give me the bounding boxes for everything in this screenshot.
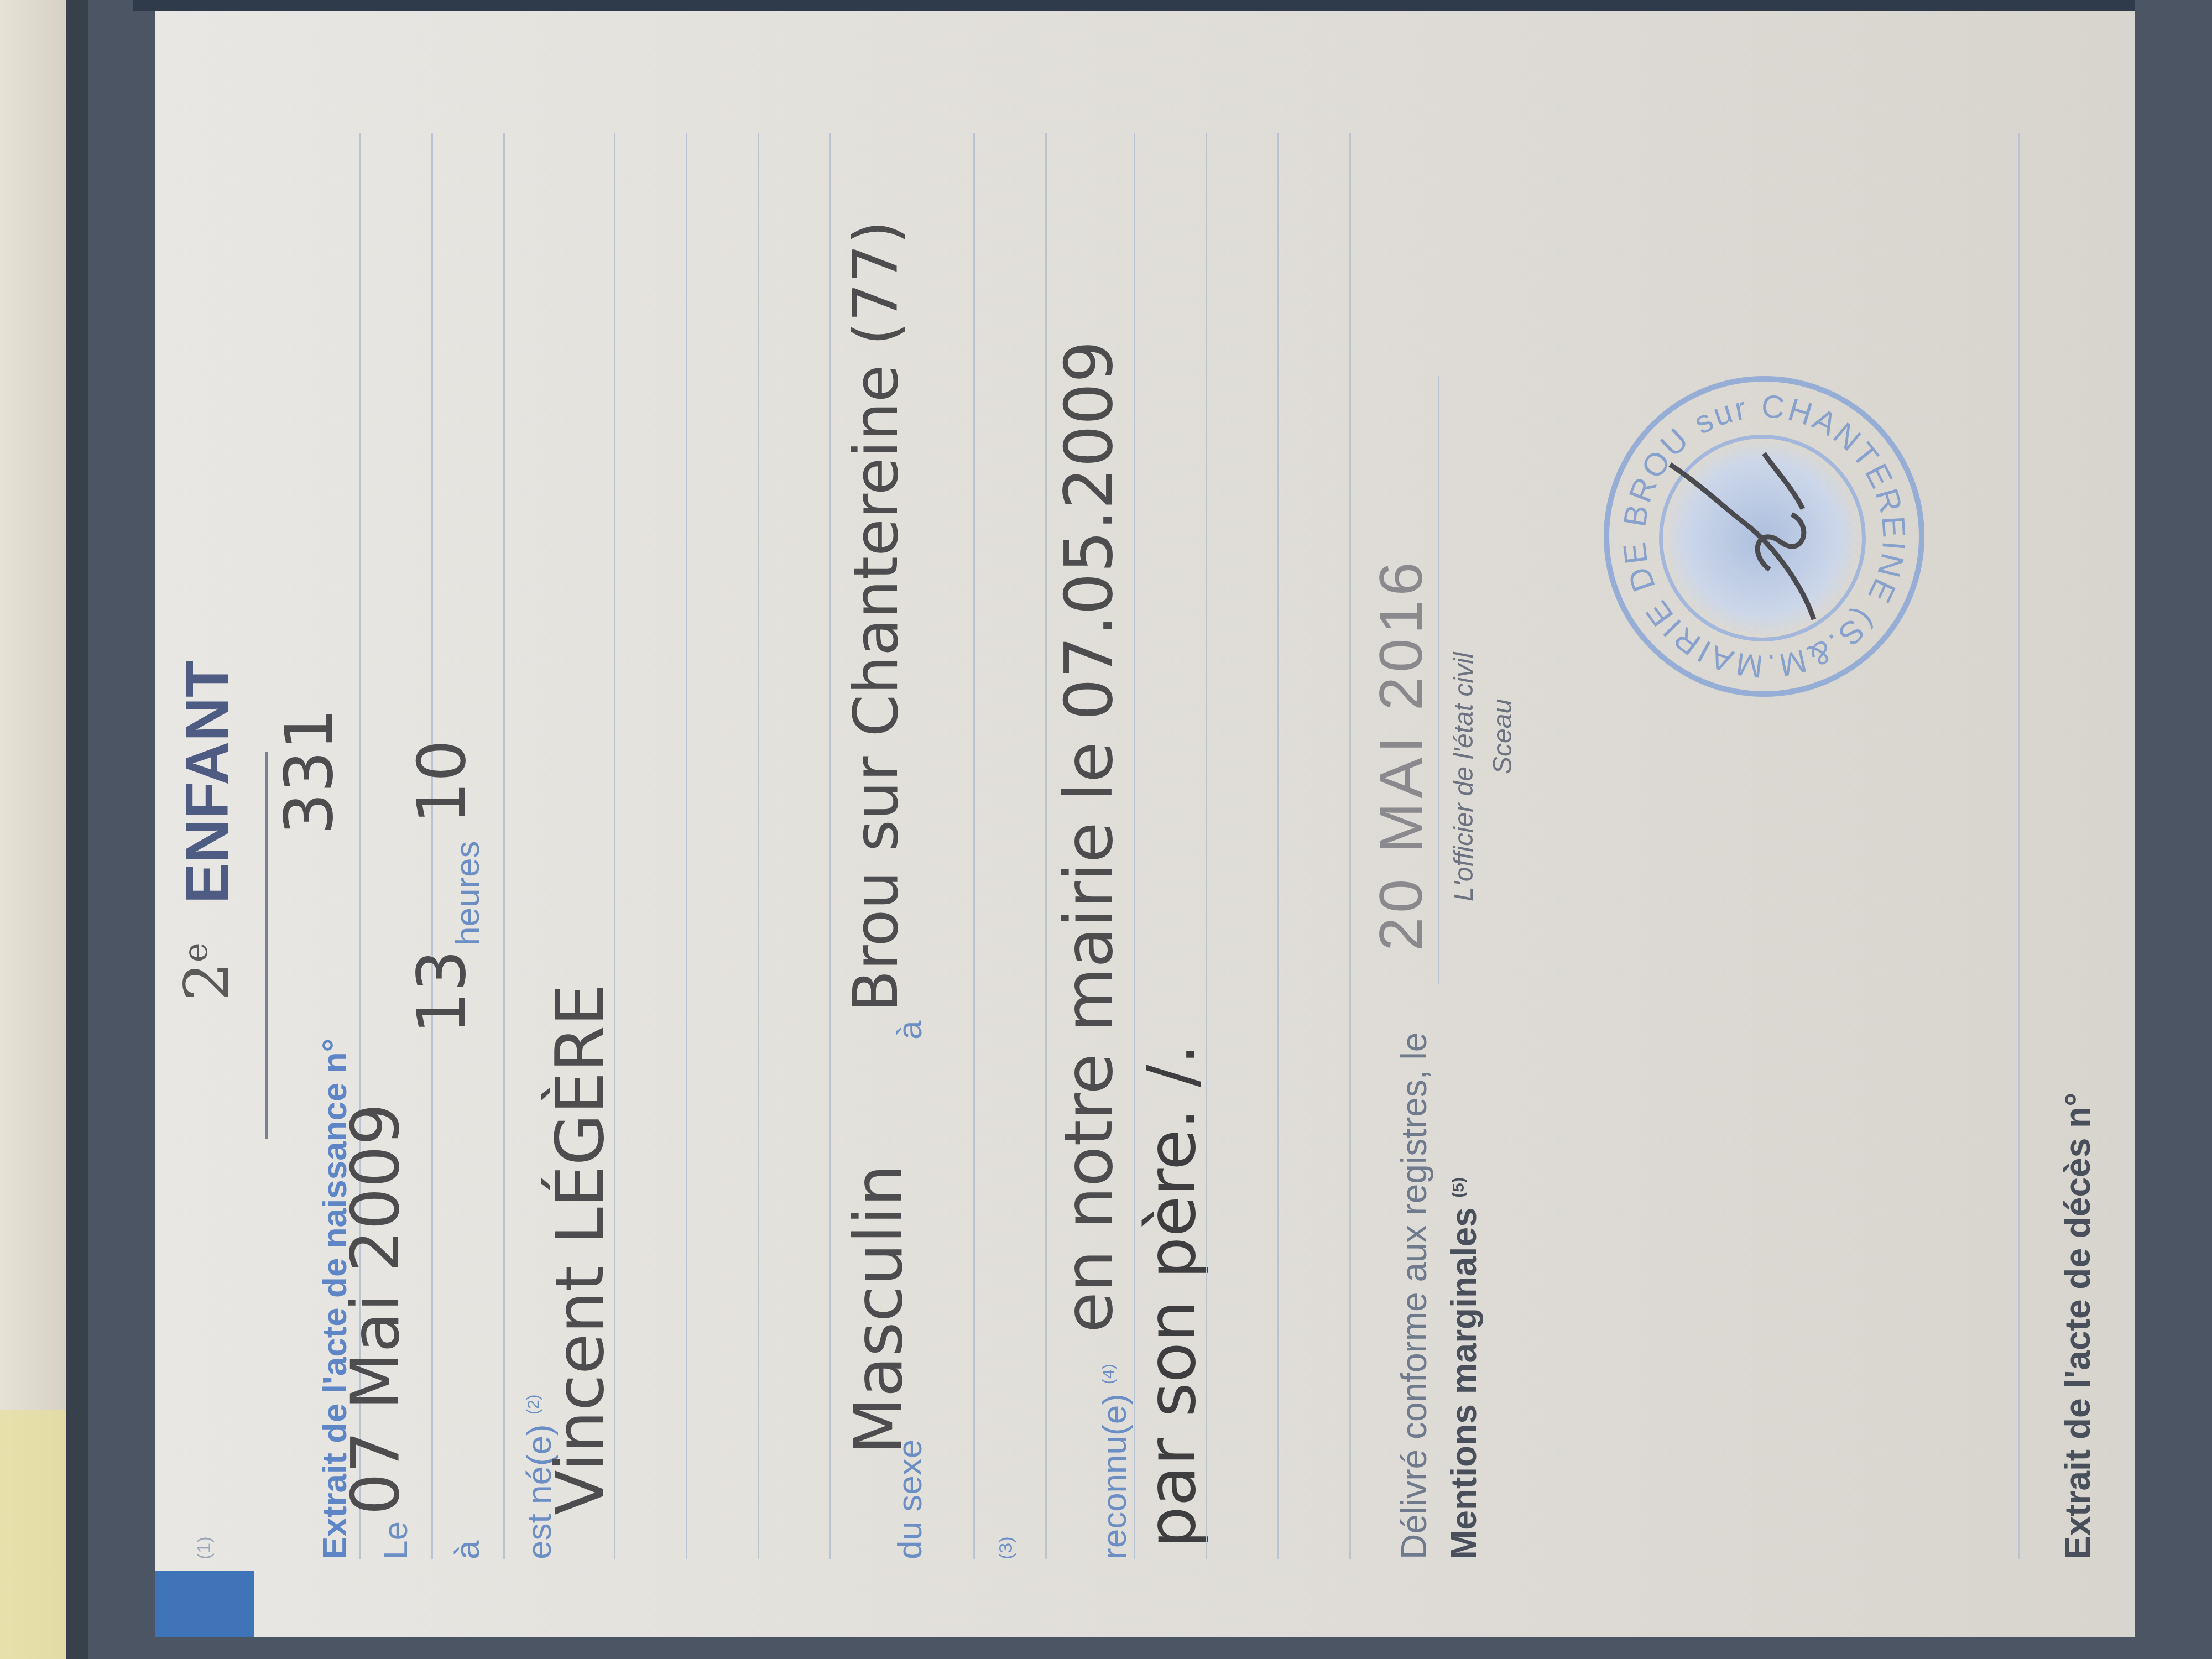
blue-corner-tab [155,1571,254,1637]
birth-hour: 13 [404,950,481,1034]
recognition-text: en notre mairie le 07.05.2009 [1051,341,1128,1333]
child-name: Vincent LÉGÈRE [542,984,619,1515]
page-title: 2e ENFANT [171,660,242,1001]
mentions-label: Mentions marginales (5) [1443,1177,1484,1559]
child-sex: Masculin [841,1165,917,1454]
birth-act-number: 331 [271,708,348,835]
du-sexe-label: du sexe [890,1439,930,1559]
a-place-label: à [890,1021,930,1040]
birth-date: 07 Mai 2009 [337,1103,414,1515]
le-label: Le [376,1521,415,1559]
reconnu-label: reconnu(e) (4) [1095,1364,1134,1559]
title-underline [265,752,268,1139]
heures-label: heures [448,841,487,946]
recognition-text-2: par son père. /. [1134,1044,1211,1548]
officer-signature [1637,420,1869,653]
page-sheet: (1) 2e ENFANT Extrait de l'acte de naiss… [155,0,2135,1637]
family-booklet-page: (1) 2e ENFANT Extrait de l'acte de naiss… [155,0,2135,1637]
child-ordinal: 2e [171,942,242,1001]
page-marker: (1) [194,1536,215,1559]
birth-place: Brou sur Chantereine (77) [841,221,911,1012]
officer-label: L'officier de l'état civil [1449,652,1479,901]
death-extract-label: Extrait de l'acte de décès n° [2057,1092,2098,1559]
delivery-date: 20 MAI 2016 [1366,557,1436,951]
delivery-label: Délivré conforme aux registres, le [1394,1032,1434,1559]
title-enfant: ENFANT [173,660,241,904]
birth-minutes: 10 [404,739,481,824]
page-gutter [133,0,2135,11]
seal-label: Sceau [1488,699,1518,774]
a-label: à [448,1541,487,1559]
cover-edge [66,0,88,1659]
note-3: (3) [995,1536,1017,1559]
